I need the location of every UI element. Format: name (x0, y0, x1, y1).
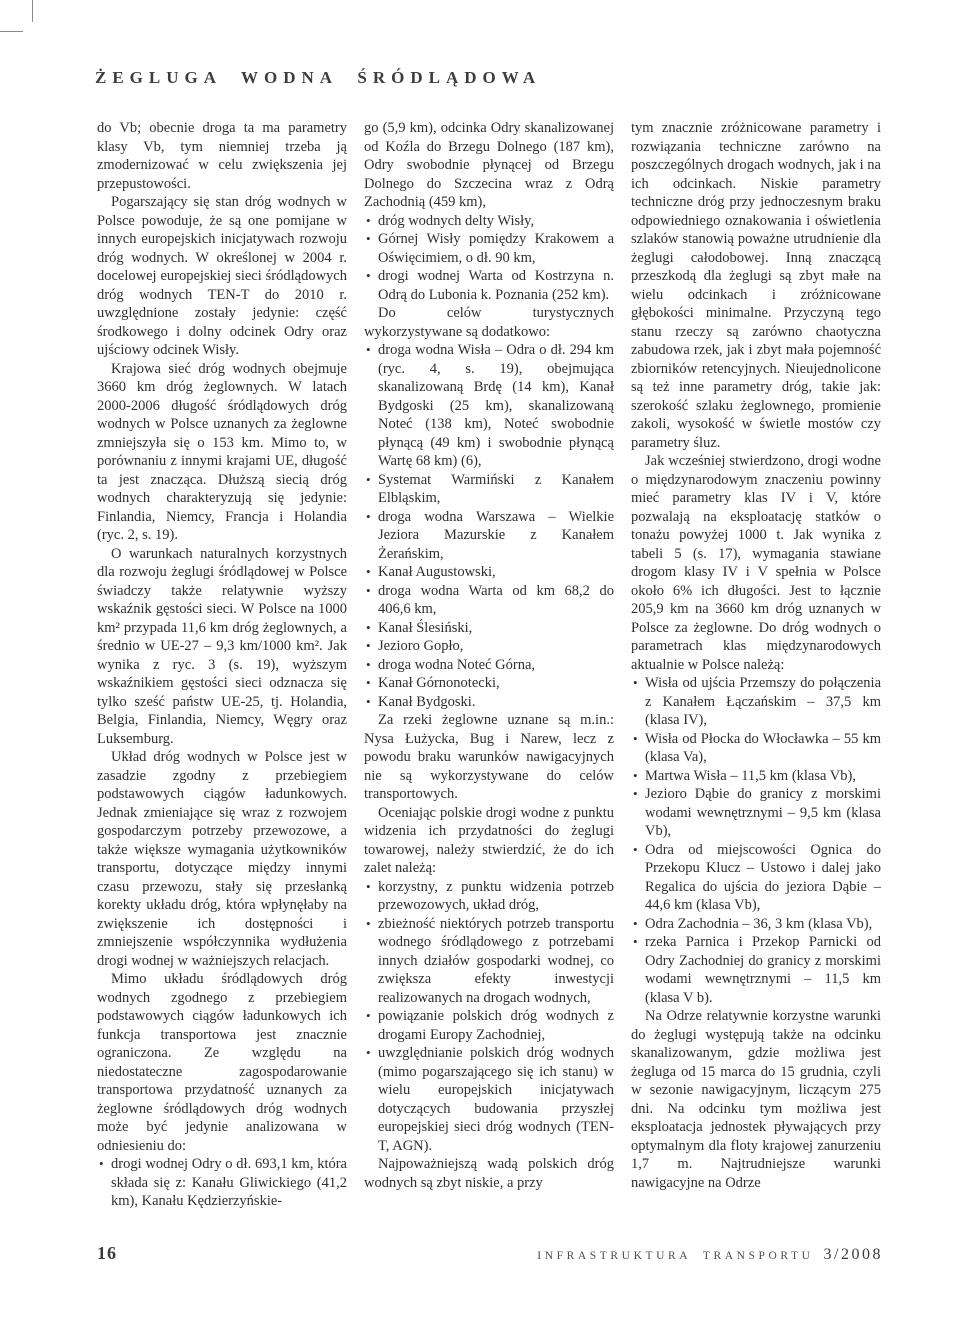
footer-journal-line: INFRASTRUKTURA TRANSPORTU 3/2008 (537, 1246, 883, 1264)
bullet-dot-icon: • (366, 230, 371, 249)
paragraph: go (5,9 km), odcinka Odry skanalizowanej… (364, 119, 614, 212)
bullet-text: Jezioro Gopło, (378, 638, 463, 654)
bullet-dot-icon: • (366, 508, 371, 527)
bullet-item: •Kanał Augustowski, (364, 563, 614, 582)
bullet-text: Systemat Warmiński z Kanałem Elbląskim, (378, 472, 614, 507)
paragraph: Krajowa sieć dróg wodnych obejmuje 3660 … (97, 360, 347, 545)
journal-page: ŻEGLUGA WODNA ŚRÓDLĄDOWA do Vb; obecnie … (0, 0, 960, 1337)
bullet-item: •korzystny, z punktu widzenia potrzeb pr… (364, 878, 614, 915)
bullet-dot-icon: • (633, 841, 638, 860)
bullet-text: Górnej Wisły pomiędzy Krakowem a Oświęci… (378, 231, 614, 266)
bullet-item: •droga wodna Wisła – Odra o dł. 294 km (… (364, 341, 614, 471)
page-number: 16 (97, 1243, 117, 1264)
bullet-item: •drogi wodnej Warta od Kostrzyna n. Odrą… (364, 267, 614, 304)
bullet-text: Kanał Bydgoski. (378, 694, 475, 710)
bullet-text: droga wodna Warta od km 68,2 do 406,6 km… (378, 583, 614, 618)
bullet-dot-icon: • (633, 915, 638, 934)
bullet-dot-icon: • (366, 1007, 371, 1026)
bullet-text: Kanał Górnonotecki, (378, 675, 500, 691)
paragraph: do Vb; obecnie droga ta ma parametry kla… (97, 119, 347, 193)
page-footer: 16 INFRASTRUKTURA TRANSPORTU 3/2008 (97, 1243, 883, 1264)
bullet-item: •dróg wodnych delty Wisły, (364, 212, 614, 231)
bullet-item: •Martwa Wisła – 11,5 km (klasa Vb), (631, 767, 881, 786)
bullet-dot-icon: • (366, 212, 371, 231)
bullet-text: Odra od miejscowości Ognica do Przekopu … (645, 842, 881, 914)
bullet-item: •droga wodna Noteć Górna, (364, 656, 614, 675)
bullet-dot-icon: • (366, 582, 371, 601)
bullet-text: Kanał Ślesiński, (378, 620, 472, 636)
bullet-dot-icon: • (366, 341, 371, 360)
paragraph: Pogarszający się stan dróg wodnych w Pol… (97, 193, 347, 360)
column-1: do Vb; obecnie droga ta ma parametry kla… (97, 119, 347, 1244)
bullet-text: droga wodna Noteć Górna, (378, 657, 535, 673)
bullet-text: Jezioro Dąbie do granicy z morskimi woda… (645, 786, 881, 839)
bullet-dot-icon: • (633, 730, 638, 749)
bullet-dot-icon: • (633, 785, 638, 804)
bullet-text: uwzględnianie polskich dróg wodnych (mim… (378, 1045, 614, 1154)
bullet-dot-icon: • (633, 933, 638, 952)
bullet-item: •Wisła od Płocka do Włocławka – 55 km (k… (631, 730, 881, 767)
bullet-dot-icon: • (366, 563, 371, 582)
bullet-item: •Odra od miejscowości Ognica do Przekopu… (631, 841, 881, 915)
bullet-dot-icon: • (366, 267, 371, 286)
bullet-dot-icon: • (366, 1044, 371, 1063)
column-3: tym znacznie zróżnicowane parametry i ro… (631, 119, 881, 1244)
bullet-dot-icon: • (633, 767, 638, 786)
paragraph: Układ dróg wodnych w Polsce jest w zasad… (97, 748, 347, 970)
bullet-dot-icon: • (366, 637, 371, 656)
paragraph: Najpoważniejszą wadą polskich dróg wodny… (364, 1155, 614, 1192)
bullet-text: Martwa Wisła – 11,5 km (klasa Vb), (645, 768, 856, 784)
paragraph: Za rzeki żeglowne uznane są m.in.: Nysa … (364, 711, 614, 804)
bullet-item: •Systemat Warmiński z Kanałem Elbląskim, (364, 471, 614, 508)
bullet-dot-icon: • (366, 878, 371, 897)
crop-mark-vertical (32, 0, 33, 22)
bullet-item: •Kanał Ślesiński, (364, 619, 614, 638)
page-title: ŻEGLUGA WODNA ŚRÓDLĄDOWA (95, 68, 541, 88)
bullet-item: •uwzględnianie polskich dróg wodnych (mi… (364, 1044, 614, 1155)
crop-mark-horizontal (0, 31, 23, 32)
paragraph: Mimo układu śródlądowych dróg wodnych zg… (97, 970, 347, 1155)
bullet-text: powiązanie polskich dróg wodnych z droga… (378, 1008, 614, 1043)
bullet-dot-icon: • (366, 656, 371, 675)
bullet-item: •droga wodna Warta od km 68,2 do 406,6 k… (364, 582, 614, 619)
bullet-text: Odra Zachodnia – 36, 3 km (klasa Vb), (645, 916, 872, 932)
bullet-text: korzystny, z punktu widzenia potrzeb prz… (378, 879, 614, 914)
bullet-text: Wisła od Płocka do Włocławka – 55 km (kl… (645, 731, 881, 766)
paragraph: tym znacznie zróżnicowane parametry i ro… (631, 119, 881, 452)
journal-name: INFRASTRUKTURA TRANSPORTU (537, 1250, 813, 1262)
bullet-item: •Jezioro Dąbie do granicy z morskimi wod… (631, 785, 881, 841)
paragraph: Oceniając polskie drogi wodne z punktu w… (364, 804, 614, 878)
bullet-text: Wisła od ujścia Przemszy do połączenia z… (645, 675, 881, 728)
bullet-dot-icon: • (633, 674, 638, 693)
bullet-item: •droga wodna Warszawa – Wielkie Jeziora … (364, 508, 614, 564)
bullet-item: •Odra Zachodnia – 36, 3 km (klasa Vb), (631, 915, 881, 934)
bullet-dot-icon: • (366, 674, 371, 693)
column-2: go (5,9 km), odcinka Odry skanalizowanej… (364, 119, 614, 1244)
bullet-item: •Kanał Górnonotecki, (364, 674, 614, 693)
bullet-text: rzeka Parnica i Przekop Parnicki od Odry… (645, 934, 881, 1006)
bullet-dot-icon: • (366, 915, 371, 934)
journal-issue: 3/2008 (824, 1246, 883, 1264)
bullet-text: zbieżność niektórych potrzeb transportu … (378, 916, 614, 1006)
text-columns: do Vb; obecnie droga ta ma parametry kla… (97, 119, 881, 1244)
bullet-item: •drogi wodnej Odry o dł. 693,1 km, która… (97, 1155, 347, 1211)
bullet-item: •Górnej Wisły pomiędzy Krakowem a Oświęc… (364, 230, 614, 267)
bullet-text: Kanał Augustowski, (378, 564, 496, 580)
bullet-item: •Kanał Bydgoski. (364, 693, 614, 712)
paragraph: O warunkach naturalnych korzystnych dla … (97, 545, 347, 749)
bullet-item: •powiązanie polskich dróg wodnych z drog… (364, 1007, 614, 1044)
bullet-text: droga wodna Wisła – Odra o dł. 294 km (r… (378, 342, 614, 469)
bullet-text: drogi wodnej Warta od Kostrzyna n. Odrą … (378, 268, 614, 303)
bullet-text: droga wodna Warszawa – Wielkie Jeziora M… (378, 509, 614, 562)
bullet-dot-icon: • (366, 619, 371, 638)
bullet-text: dróg wodnych delty Wisły, (378, 213, 534, 229)
bullet-dot-icon: • (99, 1155, 104, 1174)
bullet-item: •Jezioro Gopło, (364, 637, 614, 656)
paragraph: Jak wcześniej stwierdzono, drogi wodne o… (631, 452, 881, 674)
bullet-item: •rzeka Parnica i Przekop Parnicki od Odr… (631, 933, 881, 1007)
bullet-item: •Wisła od ujścia Przemszy do połączenia … (631, 674, 881, 730)
paragraph: Na Odrze relatywnie korzystne warunki do… (631, 1007, 881, 1192)
paragraph: Do celów turystycznych wykorzystywane są… (364, 304, 614, 341)
bullet-dot-icon: • (366, 471, 371, 490)
bullet-item: •zbieżność niektórych potrzeb transportu… (364, 915, 614, 1008)
bullet-dot-icon: • (366, 693, 371, 712)
bullet-text: drogi wodnej Odry o dł. 693,1 km, która … (111, 1156, 347, 1209)
